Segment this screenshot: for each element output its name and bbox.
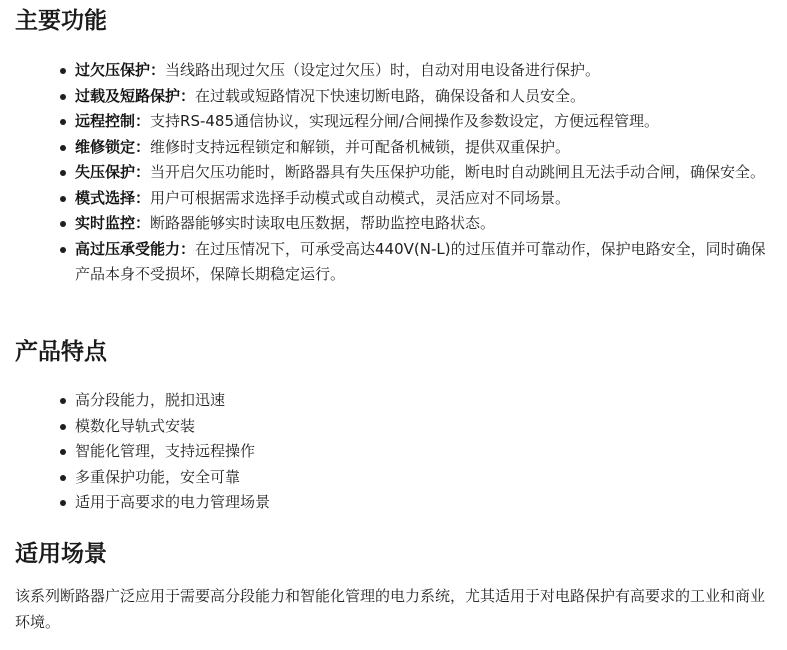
list-item: 失压保护：当开启欠压功能时，断路器具有失压保护功能，断电时自动跳闸且无法手动合闸… — [58, 160, 770, 186]
section-title-application-scenarios: 适用场景 — [15, 539, 107, 569]
product-features-list: 高分段能力，脱扣迅速 模数化导轨式安装 智能化管理，支持远程操作 多重保护功能，… — [58, 388, 770, 516]
bullet-icon — [60, 424, 66, 430]
list-item: 高分段能力，脱扣迅速 — [58, 388, 770, 414]
item-label: 维修锁定： — [75, 138, 150, 156]
application-scenarios-paragraph: 该系列断路器广泛应用于需要高分段能力和智能化管理的电力系统，尤其适用于对电路保护… — [15, 583, 775, 635]
section-title-product-features: 产品特点 — [15, 337, 107, 367]
bullet-icon — [60, 196, 66, 202]
bullet-icon — [60, 221, 66, 227]
list-item: 远程控制：支持RS-485通信协议，实现远程分闸/合闸操作及参数设定，方便远程管… — [58, 109, 770, 135]
bullet-icon — [60, 68, 66, 74]
item-label: 模式选择： — [75, 189, 150, 207]
list-item: 高过压承受能力：在过压情况下，可承受高达440V(N-L)的过压值并可靠动作，保… — [58, 237, 770, 288]
list-item: 过欠压保护：当线路出现过欠压（设定过欠压）时，自动对用电设备进行保护。 — [58, 58, 770, 84]
bullet-icon — [60, 170, 66, 176]
list-item: 模数化导轨式安装 — [58, 414, 770, 440]
list-item: 过载及短路保护：在过载或短路情况下快速切断电路，确保设备和人员安全。 — [58, 84, 770, 110]
bullet-icon — [60, 449, 66, 455]
item-text: 适用于高要求的电力管理场景 — [75, 493, 270, 511]
item-text: 当线路出现过欠压（设定过欠压）时，自动对用电设备进行保护。 — [165, 61, 600, 79]
bullet-icon — [60, 475, 66, 481]
item-label: 失压保护： — [75, 163, 150, 181]
bullet-icon — [60, 247, 66, 253]
item-text: 模数化导轨式安装 — [75, 417, 195, 435]
bullet-icon — [60, 145, 66, 151]
bullet-icon — [60, 398, 66, 404]
item-text: 在过载或短路情况下快速切断电路，确保设备和人员安全。 — [195, 87, 585, 105]
list-item: 模式选择：用户可根据需求选择手动模式或自动模式，灵活应对不同场景。 — [58, 186, 770, 212]
item-label: 远程控制： — [75, 112, 150, 130]
item-text: 断路器能够实时读取电压数据，帮助监控电路状态。 — [150, 214, 495, 232]
item-label: 高过压承受能力： — [75, 240, 195, 258]
list-item: 维修锁定：维修时支持远程锁定和解锁，并可配备机械锁，提供双重保护。 — [58, 135, 770, 161]
item-text: 高分段能力，脱扣迅速 — [75, 391, 225, 409]
item-label: 实时监控： — [75, 214, 150, 232]
bullet-icon — [60, 119, 66, 125]
list-item: 智能化管理，支持远程操作 — [58, 439, 770, 465]
main-functions-list: 过欠压保护：当线路出现过欠压（设定过欠压）时，自动对用电设备进行保护。 过载及短… — [58, 58, 770, 288]
list-item: 实时监控：断路器能够实时读取电压数据，帮助监控电路状态。 — [58, 211, 770, 237]
item-label: 过载及短路保护： — [75, 87, 195, 105]
item-text: 多重保护功能，安全可靠 — [75, 468, 240, 486]
bullet-icon — [60, 500, 66, 506]
section-title-main-functions: 主要功能 — [15, 6, 107, 36]
item-text: 当开启欠压功能时，断路器具有失压保护功能，断电时自动跳闸且无法手动合闸，确保安全… — [150, 163, 765, 181]
item-text: 智能化管理，支持远程操作 — [75, 442, 255, 460]
item-text: 支持RS-485通信协议，实现远程分闸/合闸操作及参数设定，方便远程管理。 — [150, 112, 659, 130]
item-text: 用户可根据需求选择手动模式或自动模式，灵活应对不同场景。 — [150, 189, 570, 207]
bullet-icon — [60, 94, 66, 100]
item-label: 过欠压保护： — [75, 61, 165, 79]
list-item: 多重保护功能，安全可靠 — [58, 465, 770, 491]
list-item: 适用于高要求的电力管理场景 — [58, 490, 770, 516]
item-text: 维修时支持远程锁定和解锁，并可配备机械锁，提供双重保护。 — [150, 138, 570, 156]
